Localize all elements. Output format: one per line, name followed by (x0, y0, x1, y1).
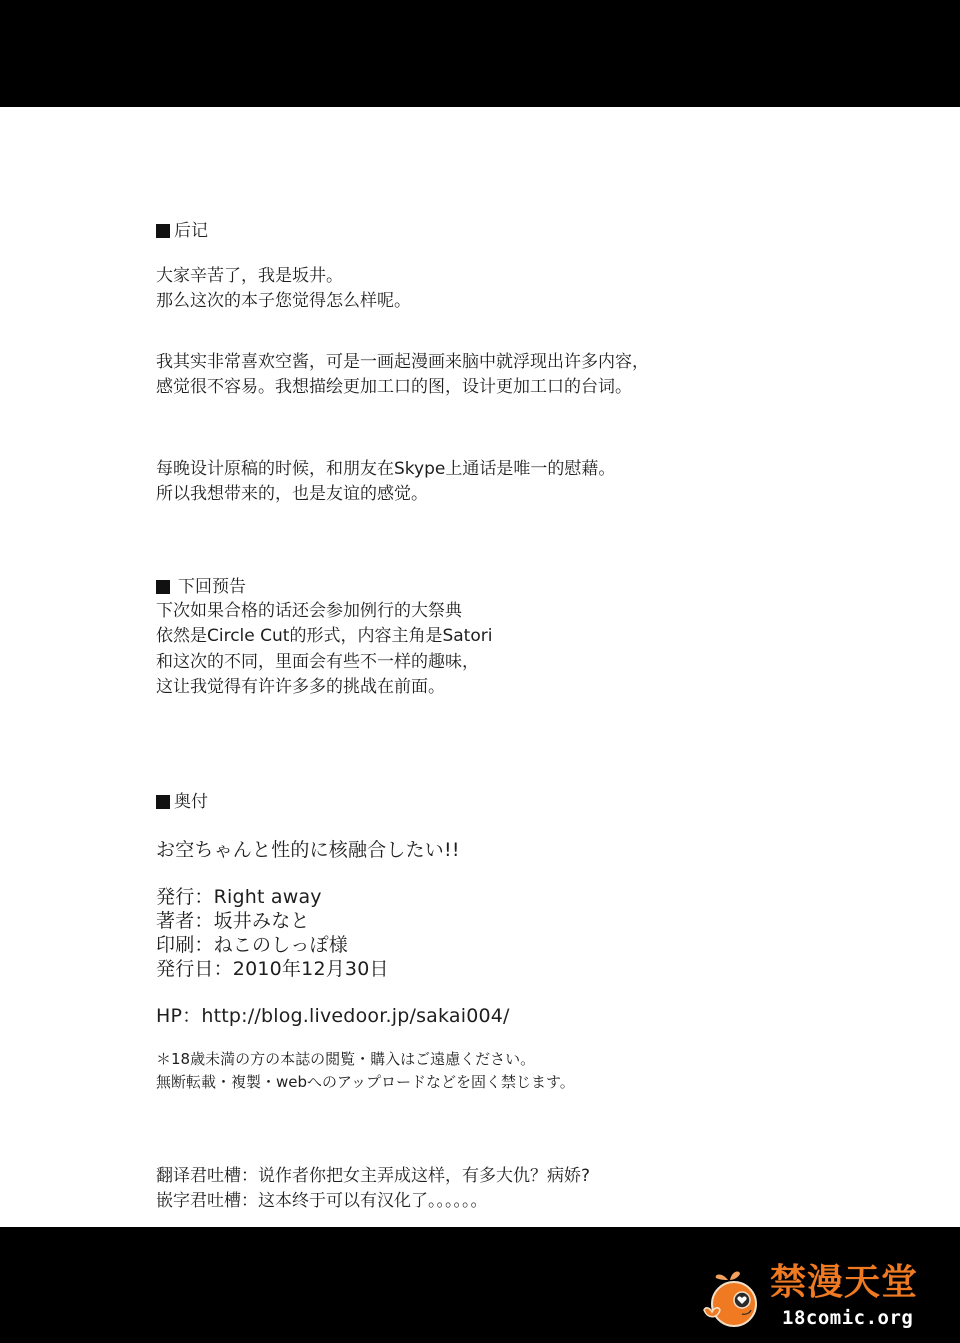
next-preview-line: 依然是Circle Cut的形式，内容主角是Satori (156, 624, 492, 649)
colophon-homepage: HP：http://blog.livedoor.jp/sakai004/ (156, 1004, 510, 1028)
next-preview-heading: 下回预告 (156, 575, 246, 599)
next-preview-line: 下次如果合格的话还会参加例行的大祭典 (156, 599, 462, 624)
next-preview-line: 这让我觉得有许许多多的挑战在前面。 (156, 675, 445, 700)
afterword-line: 我其实非常喜欢空酱，可是一画起漫画来脑中就浮现出许多内容， (156, 350, 649, 375)
watermark-logo: 禁漫天堂 18comic.org (698, 1262, 928, 1334)
afterword-line: 那么这次的本子您觉得怎么样呢。 (156, 289, 411, 314)
top-black-bar (0, 0, 960, 107)
afterword-heading: 后记 (156, 219, 208, 243)
watermark-title: 禁漫天堂 (770, 1262, 918, 1304)
orange-whale-mascot-icon (698, 1266, 762, 1330)
age-restriction-notice: ＊18歳未満の方の本誌の閲覧・購入はご遠慮ください。 (156, 1048, 535, 1071)
next-preview-heading-text: 下回预告 (178, 575, 246, 599)
colophon-date: 発行日：2010年12月30日 (156, 957, 389, 981)
colophon-heading-text: 奥付 (174, 790, 208, 814)
typesetter-comment: 嵌字君吐槽：这本终于可以有汉化了。。。。。。 (156, 1189, 488, 1214)
colophon-author: 著者：坂井みなと (156, 909, 310, 933)
black-square-bullet-icon (156, 580, 170, 594)
translator-comment: 翻译君吐槽：说作者你把女主弄成这样，有多大仇？病娇? (156, 1164, 590, 1189)
next-preview-line: 和这次的不同，里面会有些不一样的趣味， (156, 650, 479, 675)
black-square-bullet-icon (156, 795, 170, 809)
afterword-line: 所以我想带来的，也是友谊的感觉。 (156, 482, 428, 507)
afterword-heading-text: 后记 (174, 219, 208, 243)
black-square-bullet-icon (156, 224, 170, 238)
colophon-publisher: 発行：Right away (156, 885, 322, 909)
copyright-notice: 無断転載・複製・webへのアップロードなどを固く禁じます。 (156, 1071, 575, 1094)
colophon-heading: 奥付 (156, 790, 208, 814)
afterword-line: 每晚设计原稿的时候，和朋友在Skype上通话是唯一的慰藉。 (156, 457, 615, 482)
afterword-line: 大家辛苦了，我是坂井。 (156, 264, 343, 289)
afterword-line: 感觉很不容易。我想描绘更加工口的图，设计更加工口的台词。 (156, 375, 632, 400)
colophon-printer: 印刷：ねこのしっぽ様 (156, 933, 348, 957)
book-title: お空ちゃんと性的に核融合したい!! (156, 838, 460, 862)
watermark-url: 18comic.org (782, 1306, 913, 1330)
